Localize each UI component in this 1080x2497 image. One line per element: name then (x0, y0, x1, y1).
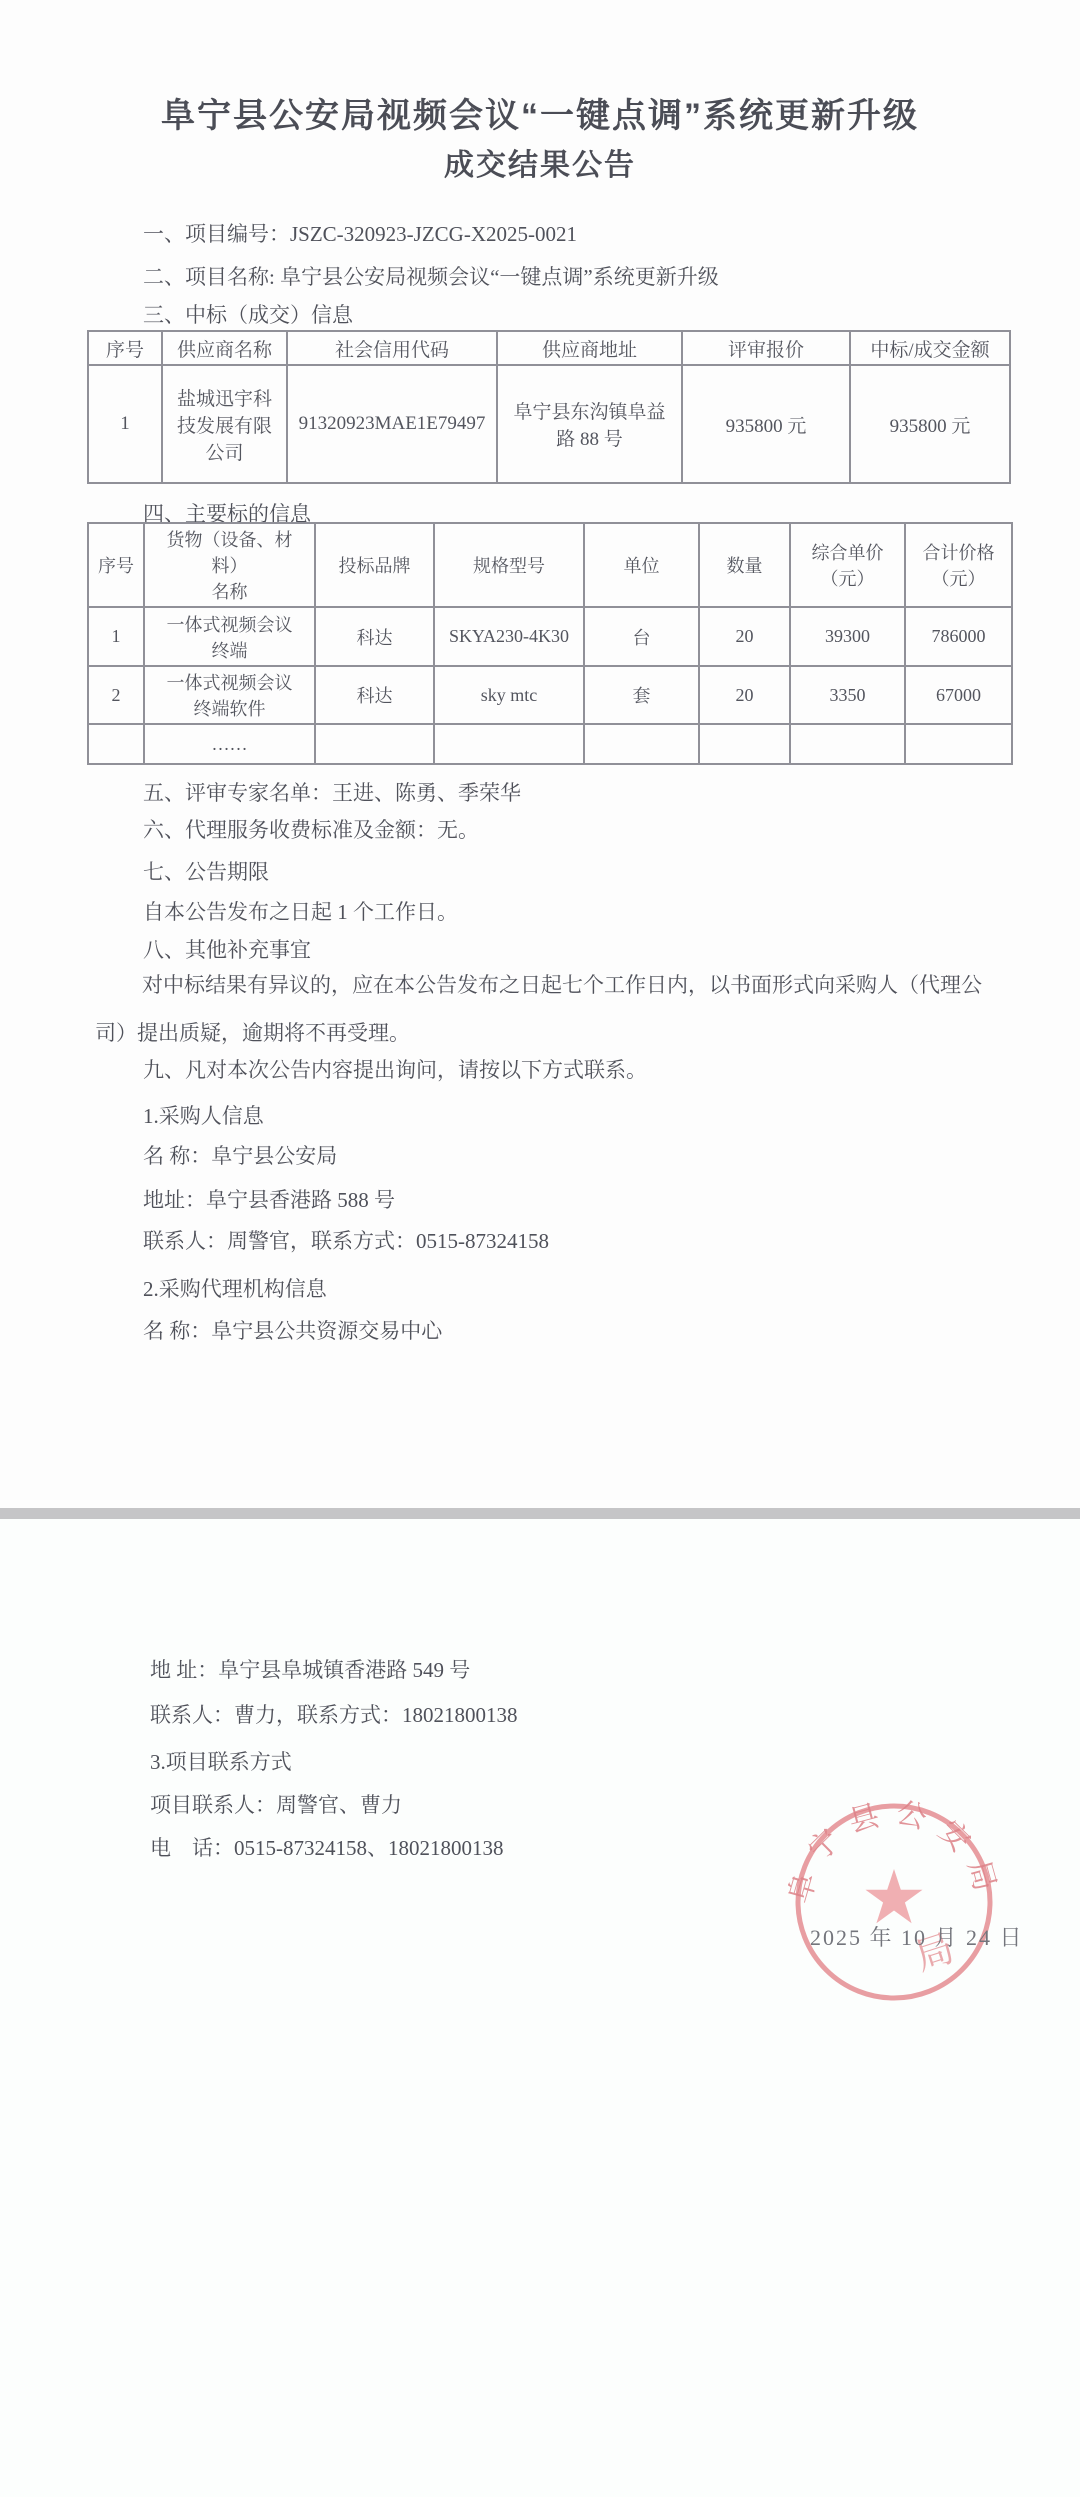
section-project-number: 一、项目编号：JSZC-320923-JZCG-X2025-0021 (143, 218, 577, 248)
table2-header-cell: 数量 (699, 523, 790, 607)
section-award-info-heading: 三、中标（成交）信息 (143, 299, 353, 329)
supplement-body: 对中标结果有异议的，应在本公告发布之日起七个工作日内，以书面形式向采购人（代理公… (95, 961, 1007, 1057)
table1-cell: 阜宁县东沟镇阜益 路 88 号 (497, 365, 682, 483)
table2-cell: 67000 (905, 666, 1012, 724)
table2-cell: 1 (88, 607, 144, 666)
table1-cell: 91320923MAE1E79497 (287, 365, 497, 483)
document-title-line2: 成交结果公告 (0, 140, 1080, 184)
buyer-info-heading: 1.采购人信息 (143, 1100, 264, 1130)
table1-header-cell: 序号 (88, 331, 162, 365)
table2-cell (434, 724, 584, 764)
table2-header-cell: 投标品牌 (315, 523, 434, 607)
table2-cell: 一体式视频会议 终端软件 (144, 666, 315, 724)
table2-cell (88, 724, 144, 764)
buyer-address: 地址：阜宁县香港路 588 号 (143, 1184, 395, 1214)
section-notice-period-heading: 七、公告期限 (143, 856, 269, 886)
project-contact-heading: 3.项目联系方式 (150, 1746, 292, 1776)
main-subject-table: 序号 货物（设备、材料） 名称 投标品牌 规格型号 单位 数量 综合单价 （元）… (87, 522, 1013, 765)
table-row: 序号 货物（设备、材料） 名称 投标品牌 规格型号 单位 数量 综合单价 （元）… (88, 523, 1012, 607)
table2-cell: 2 (88, 666, 144, 724)
table1-cell: 1 (88, 365, 162, 483)
table2-cell: 一体式视频会议 终端 (144, 607, 315, 666)
buyer-contact: 联系人：周警官，联系方式：0515-87324158 (143, 1225, 549, 1255)
table2-cell: sky mtc (434, 666, 584, 724)
agency-name: 名 称：阜宁县公共资源交易中心 (143, 1315, 442, 1345)
table2-cell (790, 724, 905, 764)
table1-cell: 935800 元 (850, 365, 1010, 483)
section-inquiry-heading: 九、凡对本次公告内容提出询问，请按以下方式联系。 (143, 1054, 647, 1084)
table2-header-cell: 序号 (88, 523, 144, 607)
table2-header-cell: 货物（设备、材料） 名称 (144, 523, 315, 607)
buyer-name: 名 称：阜宁县公安局 (143, 1140, 337, 1170)
table2-cell: 39300 (790, 607, 905, 666)
table2-cell: …… (144, 724, 315, 764)
table1-header-cell: 评审报价 (682, 331, 850, 365)
table2-cell: 套 (584, 666, 699, 724)
announcement-date: 2025 年 10 月 24 日 (810, 1921, 1024, 1952)
agency-info-heading: 2.采购代理机构信息 (143, 1273, 327, 1303)
project-phones: 电 话：0515-87324158、18021800138 (150, 1832, 504, 1862)
table1-header-cell: 中标/成交金额 (850, 331, 1010, 365)
table1-cell: 盐城迅宇科 技发展有限 公司 (162, 365, 287, 483)
agency-address: 地 址：阜宁县阜城镇香港路 549 号 (150, 1654, 470, 1684)
table1-header-cell: 供应商地址 (497, 331, 682, 365)
table2-cell: 786000 (905, 607, 1012, 666)
table2-cell: 20 (699, 666, 790, 724)
section-supplement-heading: 八、其他补充事宜 (143, 934, 311, 964)
project-contacts: 项目联系人：周警官、曹力 (150, 1789, 402, 1819)
table-row: 2 一体式视频会议 终端软件 科达 sky mtc 套 20 3350 6700… (88, 666, 1012, 724)
table-row: 1 盐城迅宇科 技发展有限 公司 91320923MAE1E79497 阜宁县东… (88, 365, 1010, 483)
table2-cell: 科达 (315, 666, 434, 724)
table1-cell: 935800 元 (682, 365, 850, 483)
section-agency-fee: 六、代理服务收费标准及金额：无。 (143, 814, 479, 844)
award-info-table: 序号 供应商名称 社会信用代码 供应商地址 评审报价 中标/成交金额 1 盐城迅… (87, 330, 1011, 484)
agency-contact: 联系人：曹力，联系方式：18021800138 (150, 1699, 518, 1729)
table2-header-cell: 综合单价 （元） (790, 523, 905, 607)
table2-cell: 3350 (790, 666, 905, 724)
section-project-name: 二、项目名称: 阜宁县公安局视频会议“一键点调”系统更新升级 (143, 261, 719, 291)
table1-header-cell: 供应商名称 (162, 331, 287, 365)
table-row: …… (88, 724, 1012, 764)
table2-cell (584, 724, 699, 764)
table-row: 序号 供应商名称 社会信用代码 供应商地址 评审报价 中标/成交金额 (88, 331, 1010, 365)
table2-header-cell: 规格型号 (434, 523, 584, 607)
page-separator (0, 1508, 1080, 1519)
official-seal-stamp: 阜宁县公安局 局 (788, 1797, 1000, 2009)
section-experts: 五、评审专家名单：王进、陈勇、季荣华 (143, 777, 521, 807)
notice-period-body: 自本公告发布之日起 1 个工作日。 (143, 896, 458, 926)
table2-cell (699, 724, 790, 764)
table2-cell (905, 724, 1012, 764)
table1-header-cell: 社会信用代码 (287, 331, 497, 365)
table2-cell: 20 (699, 607, 790, 666)
table2-cell: 科达 (315, 607, 434, 666)
table2-header-cell: 合计价格 （元） (905, 523, 1012, 607)
table-row: 1 一体式视频会议 终端 科达 SKYA230-4K30 台 20 39300 … (88, 607, 1012, 666)
table2-header-cell: 单位 (584, 523, 699, 607)
table2-cell: SKYA230-4K30 (434, 607, 584, 666)
table2-cell: 台 (584, 607, 699, 666)
seal-star-icon (866, 1869, 923, 1923)
table2-cell (315, 724, 434, 764)
document-title-line1: 阜宁县公安局视频会议“一键点调”系统更新升级 (0, 88, 1080, 137)
scanned-document: 阜宁县公安局视频会议“一键点调”系统更新升级 成交结果公告 一、项目编号：JSZ… (0, 0, 1080, 2497)
